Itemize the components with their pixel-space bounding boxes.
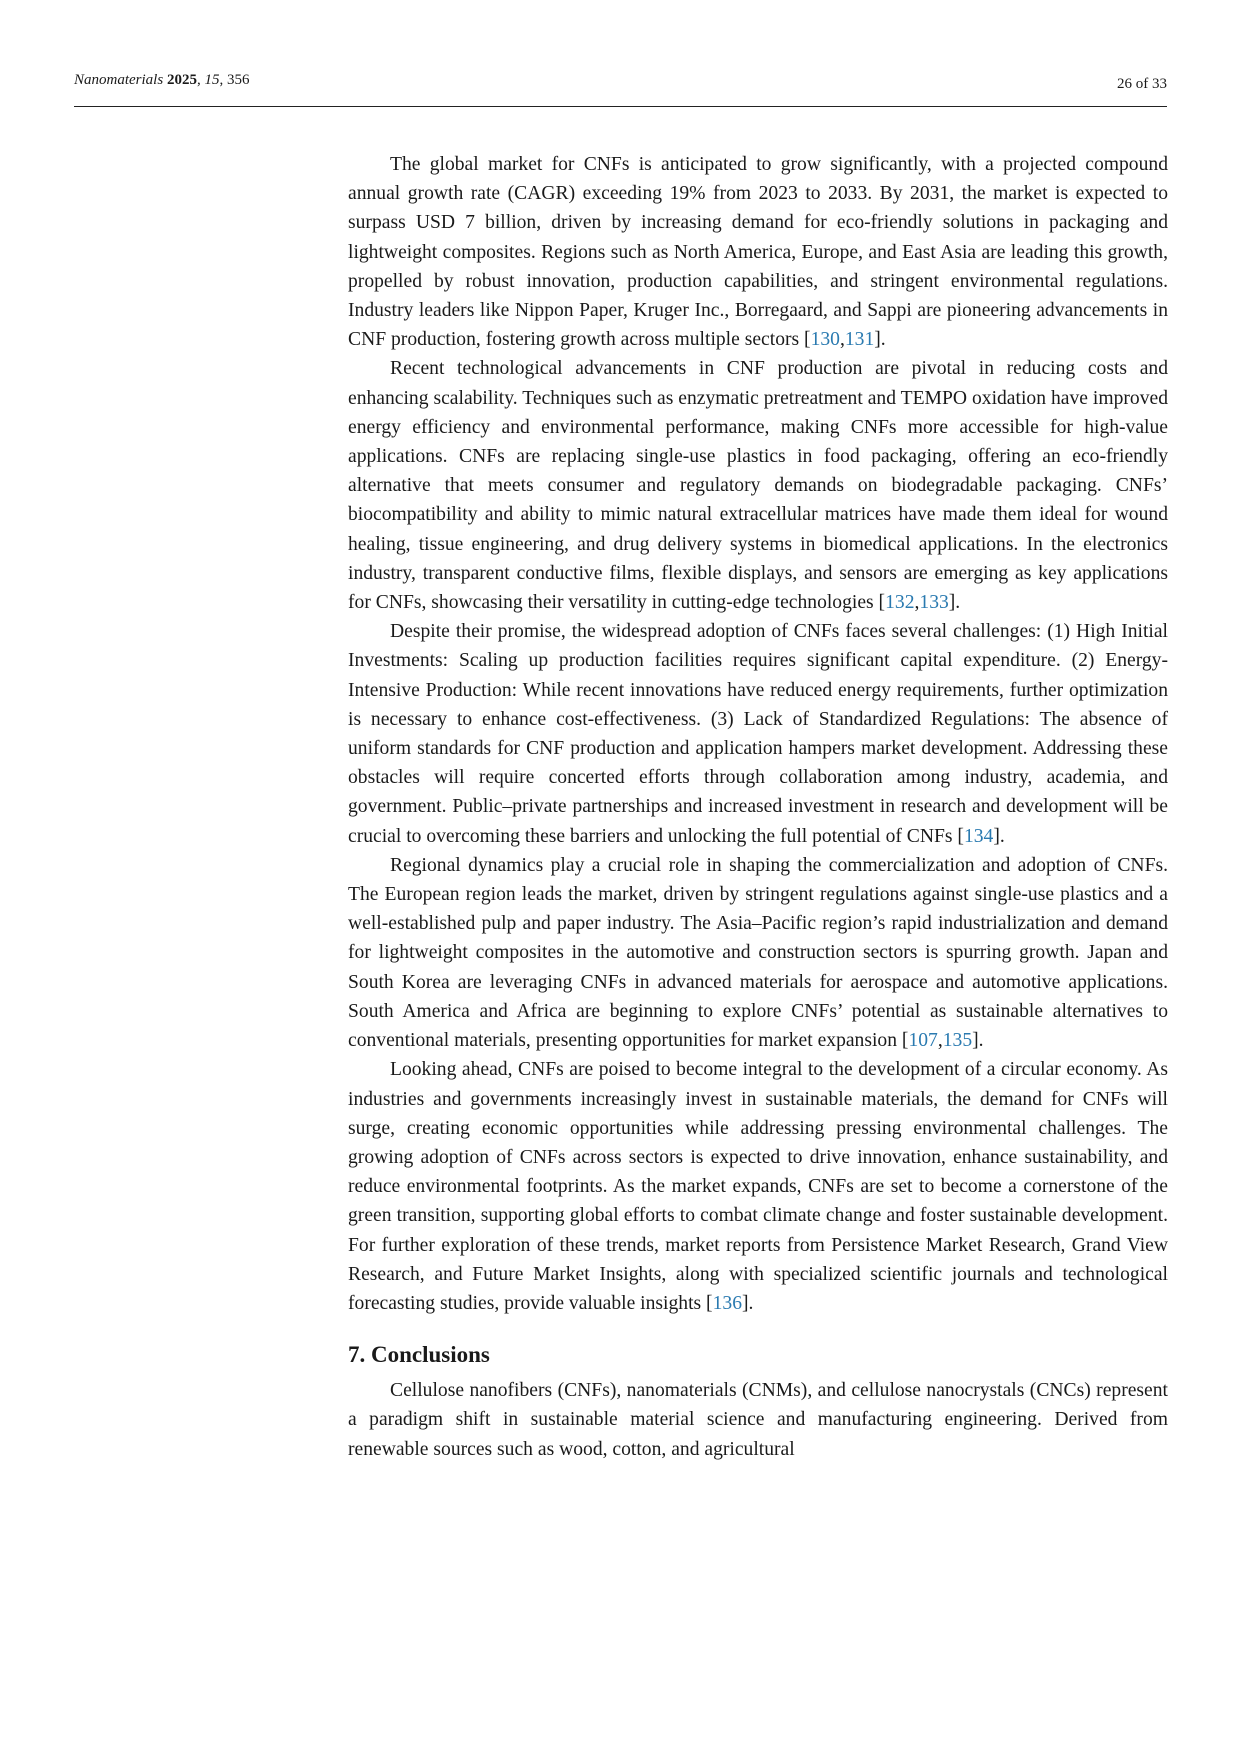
journal-year: 2025	[167, 72, 197, 88]
paragraph-end: ].	[742, 1293, 753, 1314]
journal-citation: Nanomaterials 2025, 15, 356	[74, 72, 249, 89]
section-heading: 7. Conclusions	[348, 1340, 1168, 1370]
paragraph-end: ].	[972, 1030, 983, 1051]
article-number: 356	[227, 72, 250, 88]
citation-link[interactable]: 107	[908, 1030, 937, 1051]
citation-link[interactable]: 134	[964, 826, 993, 847]
paragraph-end: ].	[993, 826, 1004, 847]
paragraph-market: The global market for CNFs is anticipate…	[348, 150, 1168, 354]
citation-link[interactable]: 133	[919, 592, 948, 613]
citation-link[interactable]: 131	[845, 329, 874, 350]
paragraph-text: Looking ahead, CNFs are poised to become…	[348, 1059, 1168, 1314]
page-header: Nanomaterials 2025, 15, 356 26 of 33	[74, 72, 1167, 107]
paragraph-end: ].	[874, 329, 885, 350]
body-text: The global market for CNFs is anticipate…	[348, 150, 1168, 1464]
citation-link[interactable]: 132	[885, 592, 914, 613]
paragraph-text: Regional dynamics play a crucial role in…	[348, 855, 1168, 1051]
paragraph-challenges: Despite their promise, the widespread ad…	[348, 617, 1168, 851]
paragraph-end: ].	[949, 592, 960, 613]
paragraph-technology: Recent technological advancements in CNF…	[348, 354, 1168, 617]
paragraph-outlook: Looking ahead, CNFs are poised to become…	[348, 1055, 1168, 1318]
citation-link[interactable]: 130	[811, 329, 840, 350]
journal-volume: 15	[204, 72, 219, 88]
page-number: 26 of 33	[1117, 76, 1167, 93]
citation-link[interactable]: 136	[713, 1293, 742, 1314]
paragraph-conclusions: Cellulose nanofibers (CNFs), nanomateria…	[348, 1376, 1168, 1464]
paragraph-text: Recent technological advancements in CNF…	[348, 358, 1168, 613]
paragraph-text: The global market for CNFs is anticipate…	[348, 154, 1168, 350]
citation-link[interactable]: 135	[943, 1030, 972, 1051]
paragraph-text: Despite their promise, the widespread ad…	[348, 621, 1168, 846]
journal-name: Nanomaterials	[74, 72, 163, 88]
paragraph-regional: Regional dynamics play a crucial role in…	[348, 851, 1168, 1055]
